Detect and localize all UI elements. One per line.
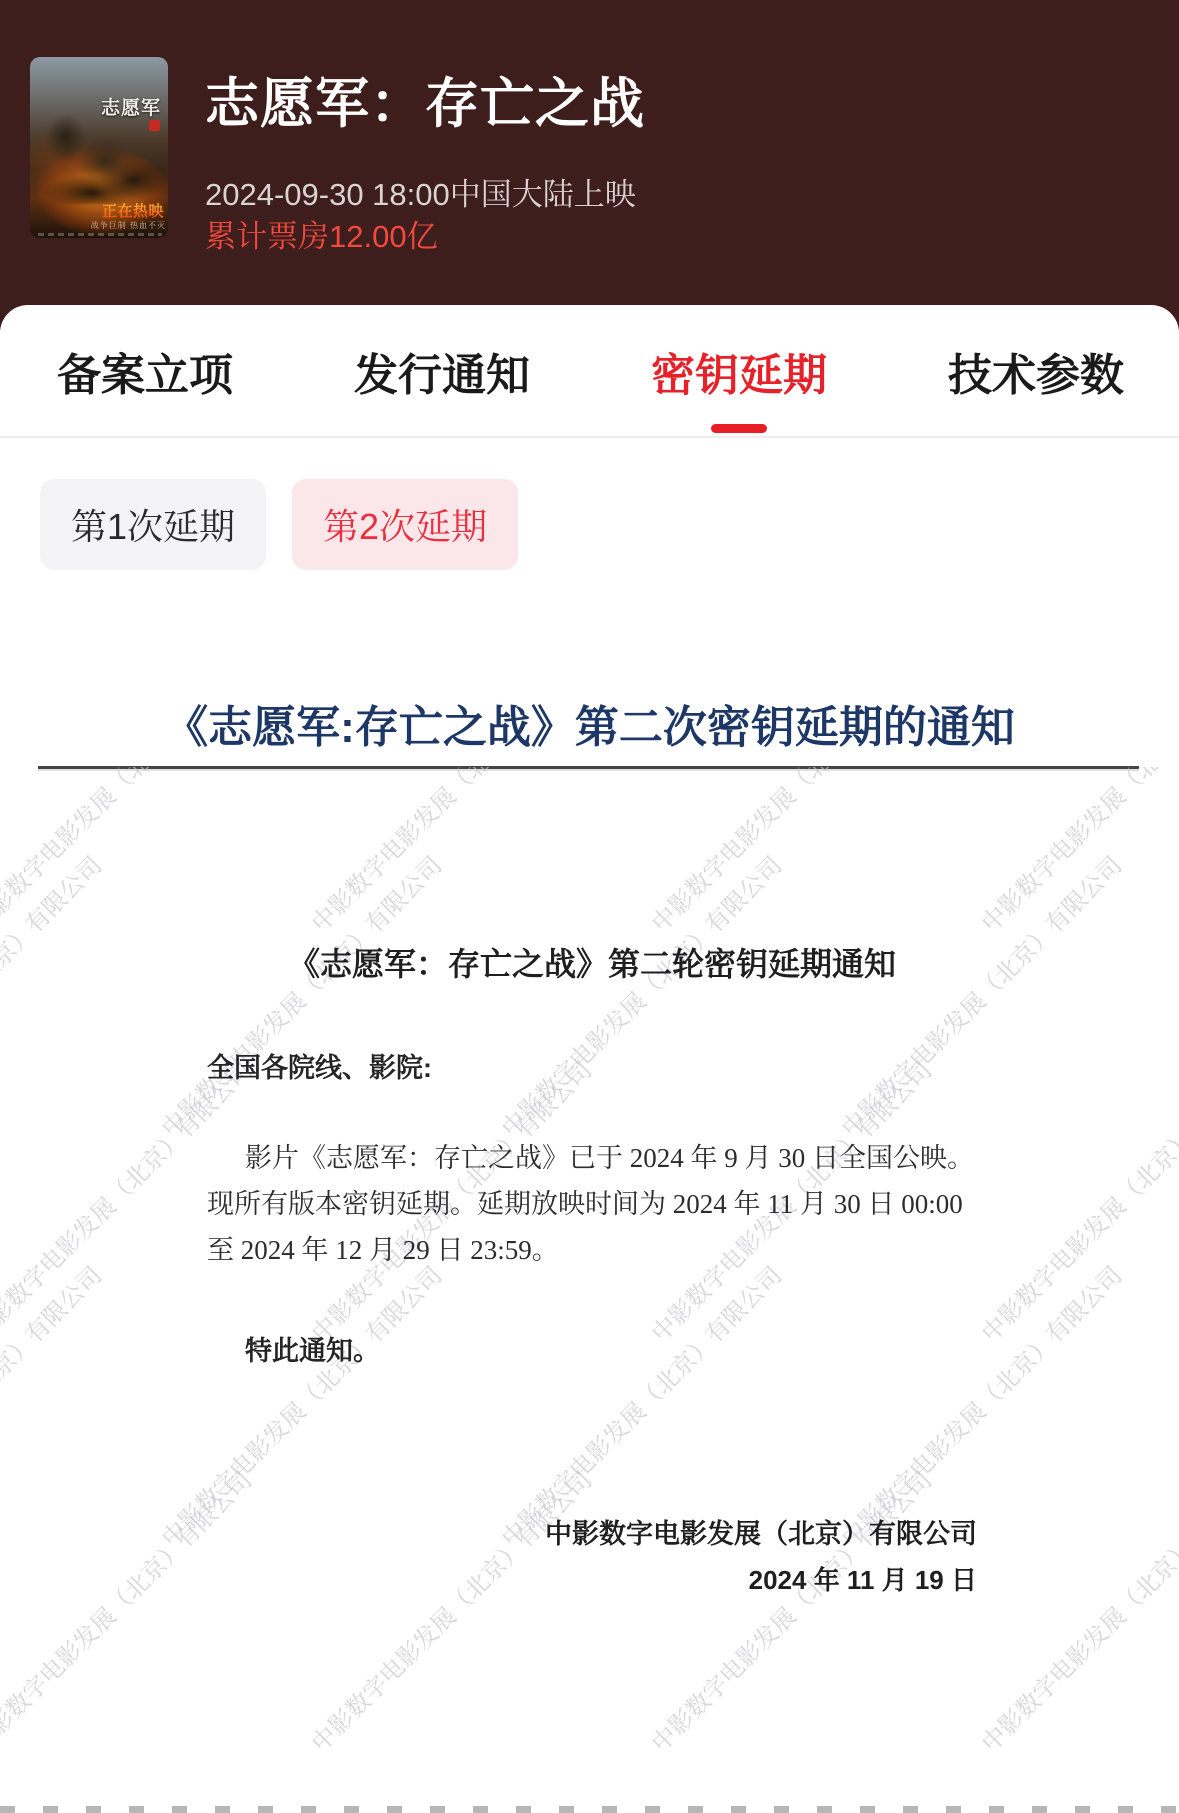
tab-distribution-notice-label: 发行通知 bbox=[354, 339, 530, 403]
tab-filing[interactable]: 备案立项 bbox=[57, 305, 233, 436]
chip-first-extension-label: 第1次延期 bbox=[71, 499, 235, 550]
notice-title: 《志愿军:存亡之战》第二次密钥延期的通知 bbox=[0, 703, 1179, 753]
letter-body: 影片《志愿军：存亡之战》已于 2024 年 9 月 30 日全国公映。现所有版本… bbox=[207, 1135, 977, 1273]
box-office-total: 累计票房12.00亿 bbox=[205, 220, 645, 254]
movie-detail-screen: 志愿军 正在热映 战争巨制 热血不灭 志愿军：存亡之战 2024-09-30 1… bbox=[0, 0, 1179, 1813]
release-date: 2024-09-30 18:00中国大陆上映 bbox=[205, 178, 645, 212]
letter-signature: 中影数字电影发展（北京）有限公司 bbox=[207, 1514, 977, 1554]
tab-bar: 备案立项 发行通知 密钥延期 技术参数 bbox=[0, 305, 1179, 438]
active-tab-underline bbox=[711, 424, 767, 433]
poster-credits-strip bbox=[38, 233, 162, 236]
letter-closing: 特此通知。 bbox=[207, 1333, 977, 1369]
movie-poster[interactable]: 志愿军 正在热映 战争巨制 热血不灭 bbox=[30, 57, 168, 238]
tab-technical-params[interactable]: 技术参数 bbox=[948, 305, 1124, 436]
tab-key-extension[interactable]: 密钥延期 bbox=[651, 305, 827, 436]
notice-document: 《志愿军:存亡之战》第二次密钥延期的通知 中影数字电影发展（北京）有限公司中影数… bbox=[0, 571, 1179, 1813]
letter-date: 2024 年 11 月 19 日 bbox=[207, 1560, 977, 1600]
next-item-cutoff bbox=[0, 1806, 1179, 1813]
notice-letter: 《志愿军：存亡之战》第二轮密钥延期通知 全国各院线、影院: 影片《志愿军：存亡之… bbox=[0, 769, 1179, 1600]
tab-technical-params-label: 技术参数 bbox=[948, 339, 1124, 403]
poster-now-showing-label: 正在热映 bbox=[102, 200, 164, 221]
poster-title-text: 志愿军 bbox=[101, 93, 161, 120]
movie-header-info: 志愿军：存亡之战 2024-09-30 18:00中国大陆上映 累计票房12.0… bbox=[205, 72, 645, 254]
chip-first-extension[interactable]: 第1次延期 bbox=[40, 479, 266, 570]
movie-header: 志愿军 正在热映 战争巨制 热血不灭 志愿军：存亡之战 2024-09-30 1… bbox=[0, 0, 1179, 330]
chip-second-extension-label: 第2次延期 bbox=[323, 499, 487, 550]
poster-red-badge bbox=[149, 120, 160, 131]
extension-filter-row: 第1次延期 第2次延期 bbox=[0, 438, 1179, 571]
poster-tagline: 战争巨制 热血不灭 bbox=[30, 220, 166, 231]
movie-title: 志愿军：存亡之战 bbox=[205, 72, 645, 136]
tab-filing-label: 备案立项 bbox=[57, 339, 233, 403]
chip-second-extension[interactable]: 第2次延期 bbox=[292, 479, 518, 570]
letter-title: 《志愿军：存亡之战》第二轮密钥延期通知 bbox=[207, 942, 977, 986]
tab-key-extension-label: 密钥延期 bbox=[651, 339, 827, 403]
letter-salutation: 全国各院线、影院: bbox=[207, 1050, 977, 1086]
tab-distribution-notice[interactable]: 发行通知 bbox=[354, 305, 530, 436]
content-card: 备案立项 发行通知 密钥延期 技术参数 第1次延期 第2次延期 bbox=[0, 305, 1179, 1813]
